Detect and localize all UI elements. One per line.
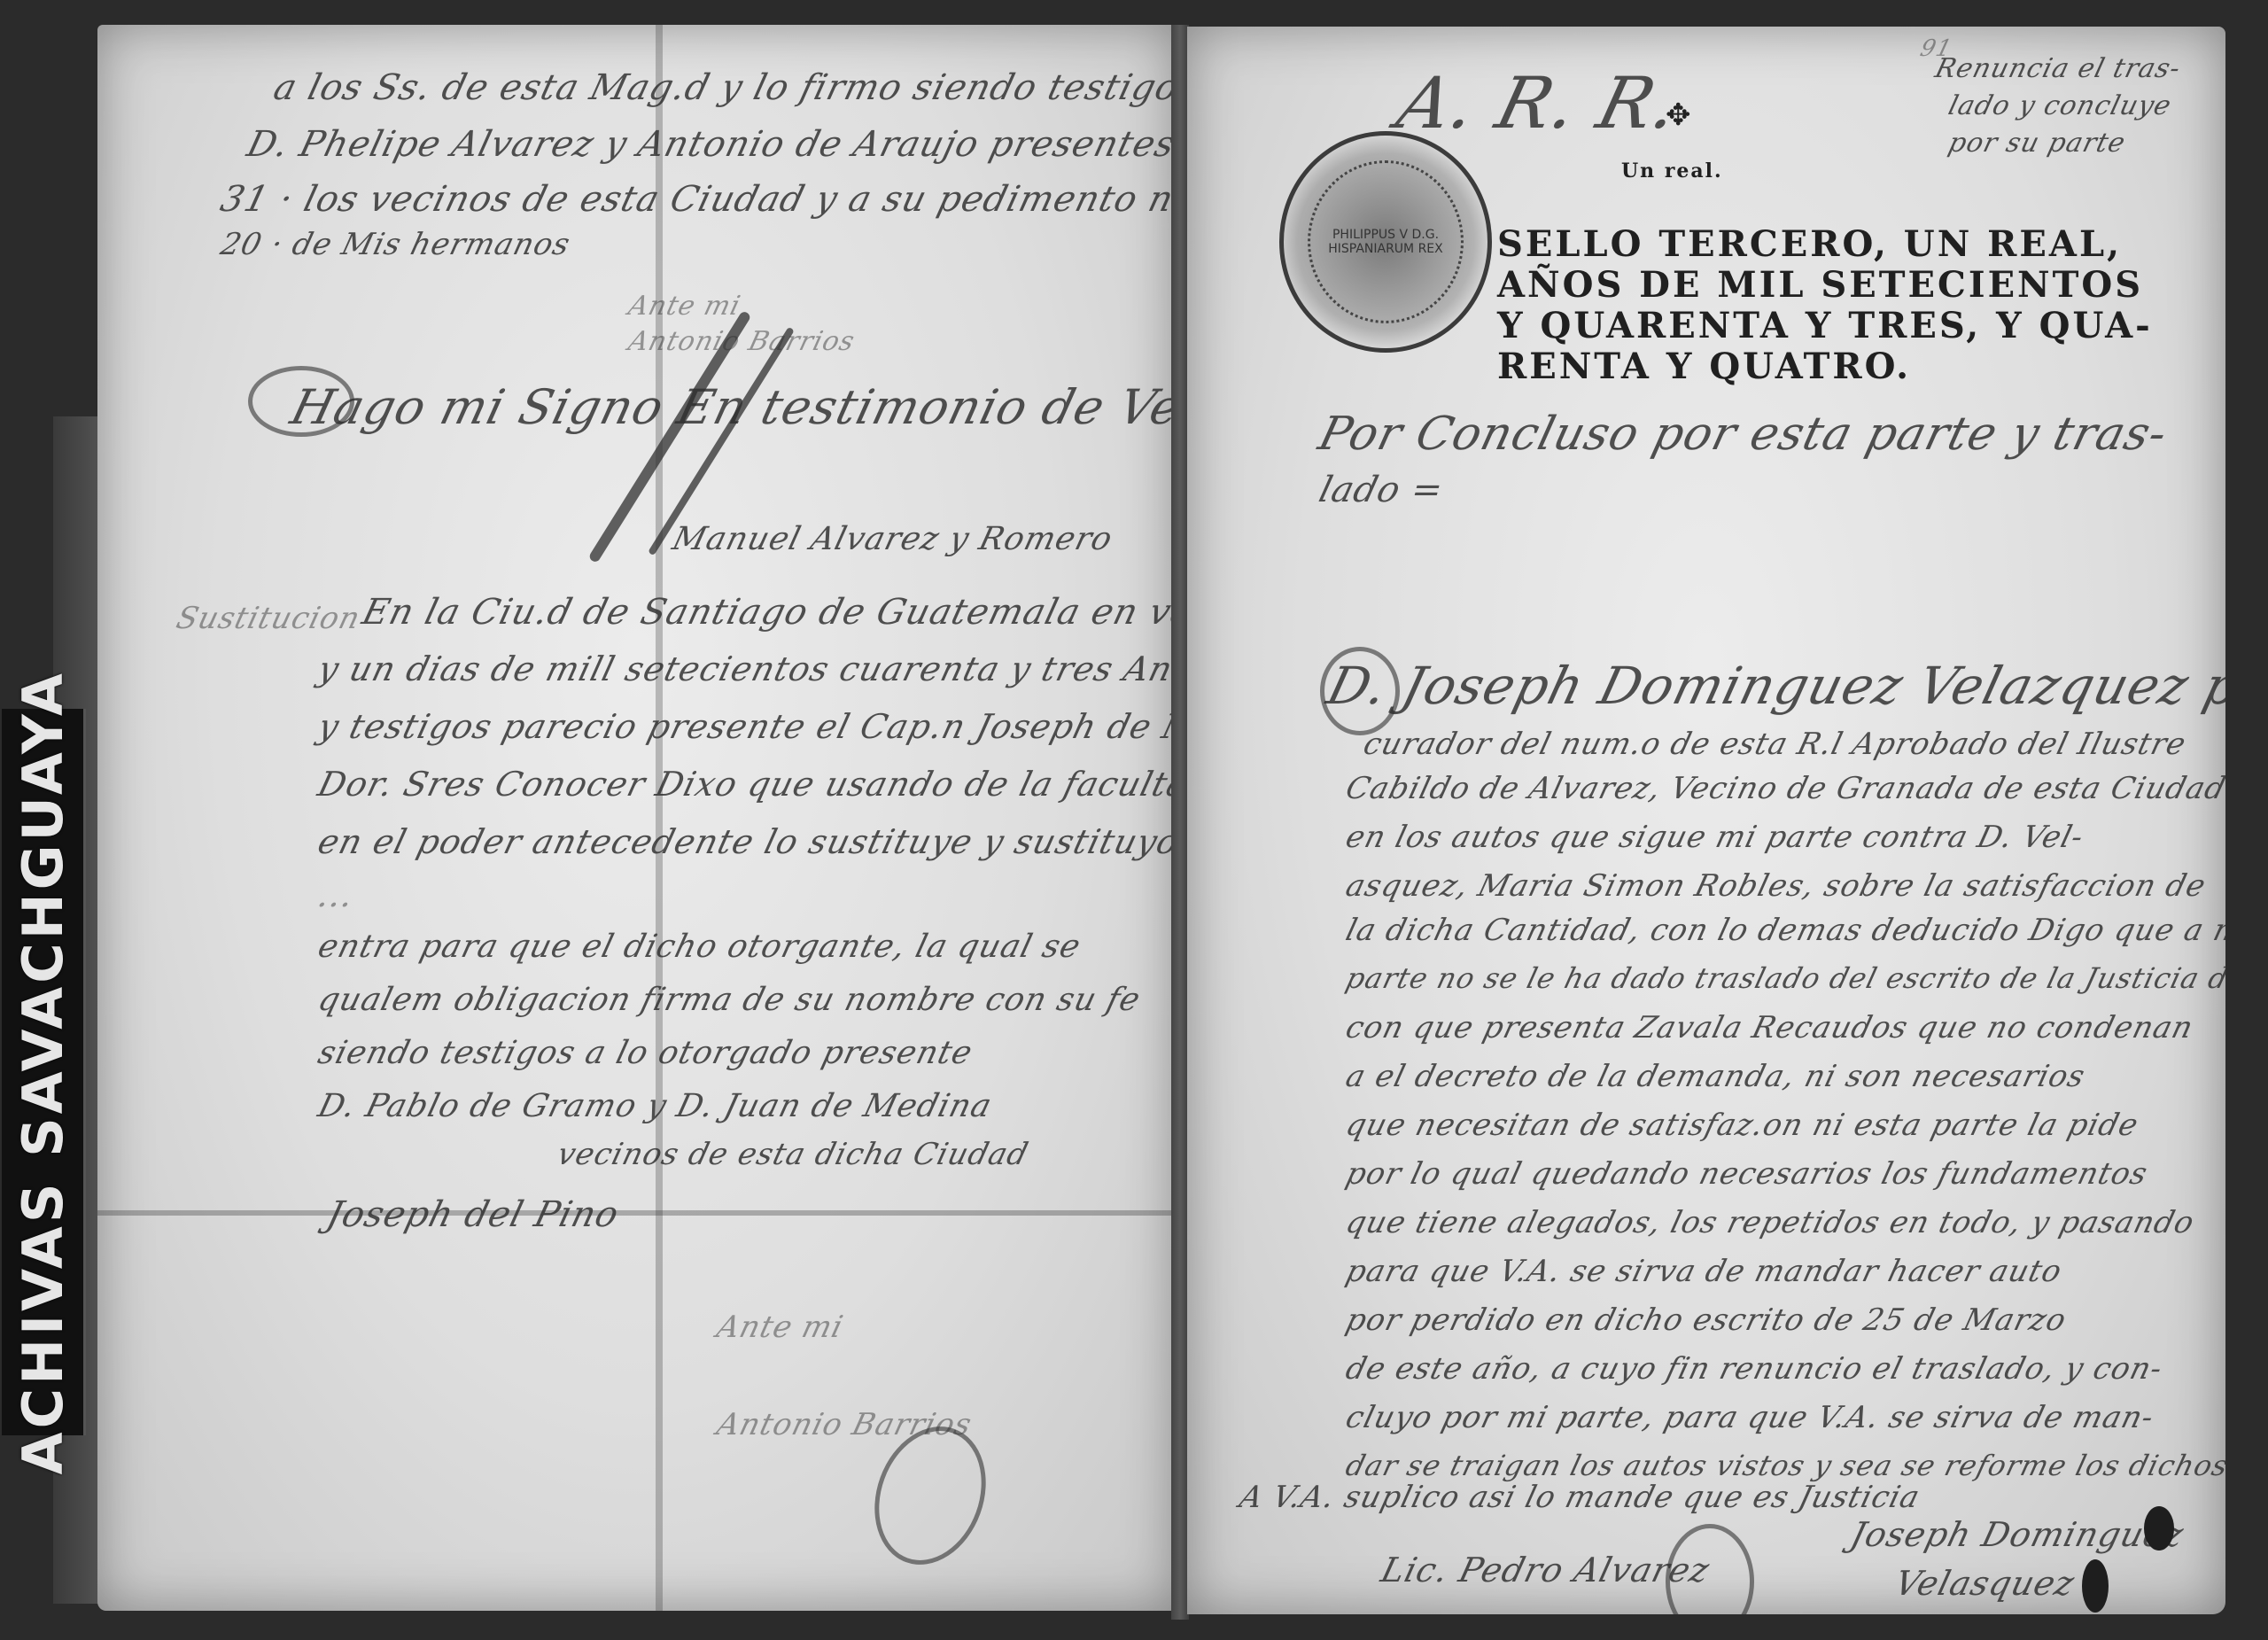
lower-signature: Ante mi <box>713 1310 847 1345</box>
marginal-note-line: por su parte <box>1946 128 2129 159</box>
petition-line: A V.A. suplico asi lo mande que es Justi… <box>1236 1480 1923 1515</box>
left-body-line: en el poder antecedente lo sustituye y s… <box>315 822 1177 861</box>
left-body-line: ... <box>315 875 359 914</box>
left-signature-ante-mi: Ante mi <box>625 291 744 322</box>
signature-left: Lic. Pedro Alvarez <box>1378 1551 1714 1589</box>
left-top-line-3: 31 · los vecinos de esta Ciudad y a su p… <box>216 179 1177 220</box>
petition-line: dar se traigan los autos vistos y sea se… <box>1342 1449 2225 1482</box>
left-body-line: Dor. Sres Conocer Dixo que usando de la … <box>315 765 1177 804</box>
petition-line: parte no se le ha dado traslado del escr… <box>1342 961 2225 995</box>
marginal-note-line: lado y concluye <box>1946 90 2175 121</box>
archive-edge-label-text: ACHIVAS SAVACHGUAYA <box>11 670 75 1474</box>
petition-line: Cabildo de Alvarez, Vecino de Granada de… <box>1342 771 2225 806</box>
attestation-signature: Manuel Alvarez y Romero <box>669 521 1116 557</box>
right-page: A. R. R. 91 Renuncia el tras- lado y con… <box>1187 27 2225 1614</box>
fold-line-vertical <box>656 25 663 1611</box>
margin-note: Sustitucion <box>173 601 364 636</box>
left-top-line-1: a los Ss. de esta Mag.d y lo firmo siend… <box>269 67 1177 108</box>
petition-line: que necesitan de satisfaz.on ni esta par… <box>1342 1108 2142 1143</box>
left-body-line: En la Ciu.d de Santiago de Guatemala en … <box>358 592 1177 633</box>
petition-line: con que presenta Zavala Recaudos que no … <box>1342 1010 2197 1045</box>
petition-line: la dicha Cantidad, con lo demas deducido… <box>1342 913 2225 948</box>
marginal-note-line: Renuncia el tras- <box>1932 53 2185 84</box>
petition-line: por lo qual quedando necesarios los fund… <box>1342 1156 2151 1192</box>
royal-seal: PHILIPPUS V D.G. HISPANIARUM REX <box>1279 131 1492 353</box>
archive-edge-label: ACHIVAS SAVACHGUAYA <box>2 709 86 1435</box>
stamp-line-3: Y QUARENTA Y TRES, Y QUA- <box>1497 305 2153 346</box>
left-body-line: y testigos parecio presente el Cap.n Jos… <box>315 707 1177 746</box>
lower-signature: Joseph del Pino <box>322 1194 623 1235</box>
petition-line: para que V.A. se sirva de mandar hacer a… <box>1342 1254 2066 1289</box>
left-top-line-2: D. Phelipe Alvarez y Antonio de Araujo p… <box>243 124 1177 165</box>
left-body-line: y un dias de mill setecientos cuarenta y… <box>315 649 1177 688</box>
petition-line: de este año, a cuyo fin renuncio el tras… <box>1342 1351 2166 1387</box>
petition-line: en los autos que sigue mi parte contra D… <box>1342 820 2087 855</box>
left-body-line: vecinos de esta dicha Ciudad <box>554 1137 1032 1172</box>
stamp-line-2: AÑOS DE MIL SETECIENTOS <box>1497 264 2143 306</box>
petition-line: cluyo por mi parte, para que V.A. se sir… <box>1342 1400 2158 1435</box>
left-body-line: entra para que el dicho otorgante, la qu… <box>315 929 1084 965</box>
left-page: a los Ss. de esta Mag.d y lo firmo siend… <box>97 25 1177 1611</box>
stamp-line-4: RENTA Y QUATRO. <box>1497 346 1911 387</box>
folio-initials: A. R. R. <box>1389 62 1688 144</box>
stamp-line-1: SELLO TERCERO, UN REAL, <box>1497 223 2122 265</box>
seal-text: PHILIPPUS V D.G. HISPANIARUM REX <box>1308 160 1464 323</box>
decree-line: Por Concluso por esta parte y tras- <box>1314 408 2173 461</box>
signature-rubric <box>1666 1524 1754 1614</box>
signature-right-line2: Velasquez <box>1891 1564 2079 1603</box>
ink-blot <box>2082 1559 2109 1613</box>
ink-blot <box>2144 1506 2174 1551</box>
petition-line: curador del num.o de esta R.l Aprobado d… <box>1360 727 2190 762</box>
decree-line: lado = <box>1315 470 1448 510</box>
left-body-line: D. Pablo de Gramo y D. Juan de Medina <box>315 1088 996 1124</box>
petition-line: a el decreto de la demanda, ni son neces… <box>1342 1059 2089 1094</box>
book-spine <box>1171 25 1189 1620</box>
petition-line: asquez, Maria Simon Robles, sobre la sat… <box>1342 868 2210 904</box>
cross-ornament-icon: ✥ <box>1666 97 1691 133</box>
petition-line: por perdido en dicho escrito de 25 de Ma… <box>1342 1302 2070 1338</box>
petition-line: D. Joseph Dominguez Velazquez pro- <box>1322 656 2225 716</box>
left-body-line: qualem obligacion firma de su nombre con… <box>315 982 1145 1018</box>
petition-line: que tiene alegados, los repetidos en tod… <box>1342 1205 2198 1240</box>
left-body-line: siendo testigos a lo otorgado presente <box>315 1035 976 1071</box>
left-top-line-4: 20 · de Mis hermanos <box>217 227 574 262</box>
stamp-denomination: Un real. <box>1621 159 1723 183</box>
signature-right-line1: Joseph Dominguez <box>1847 1515 2188 1554</box>
fold-line-horizontal <box>97 1210 1177 1216</box>
